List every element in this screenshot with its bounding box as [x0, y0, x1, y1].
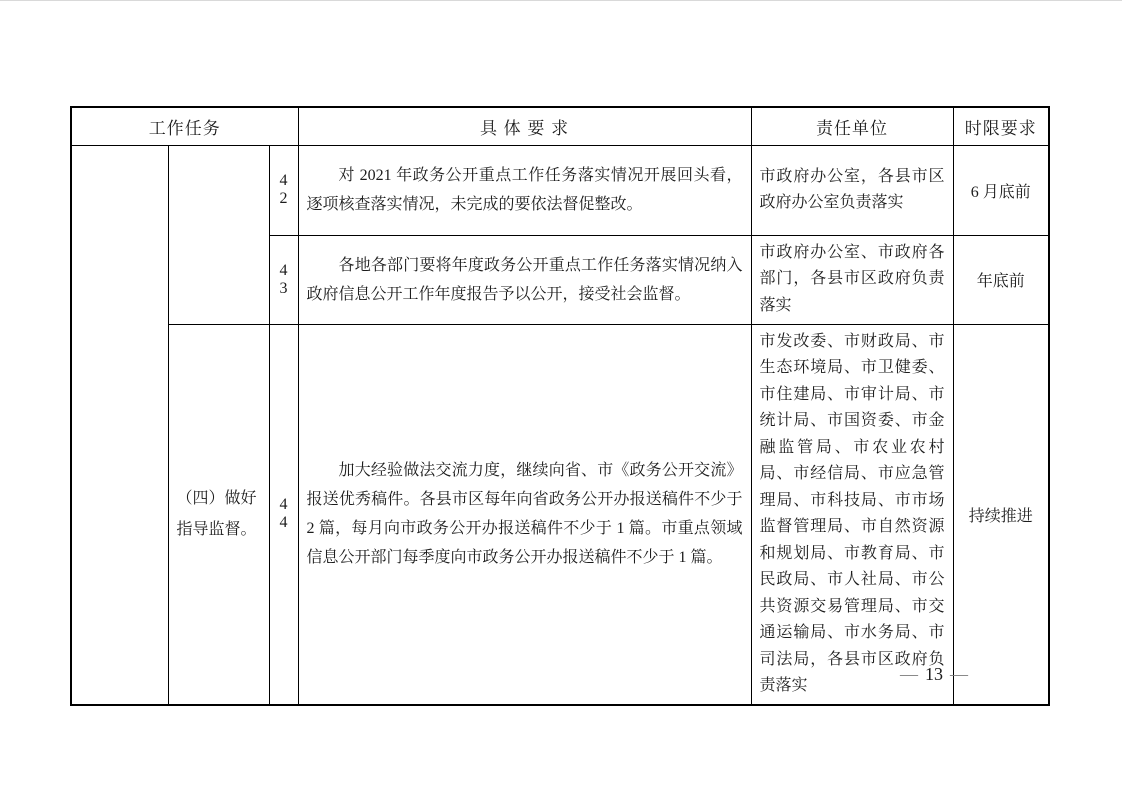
requirement-text: 各地各部门要将年度政务公开重点工作任务落实情况纳入政府信息公开工作年度报告予以公…: [298, 235, 751, 324]
page-number-right-dash: —: [943, 664, 975, 684]
deadline-text: 持续推进: [953, 324, 1049, 705]
deadline-text: 年底前: [953, 235, 1049, 324]
table-row-44: （四）做好指导监督。 44 加大经验做法交流力度，继续向省、市《政务公开交流》报…: [71, 324, 1049, 705]
page-number: —13—: [893, 664, 975, 685]
responsible-unit-text: 市发改委、市财政局、市生态环境局、市卫健委、市住建局、市审计局、市统计局、市国资…: [751, 324, 953, 705]
table-header-row: 工作任务 具 体 要 求 责任单位 时限要求: [71, 107, 1049, 145]
task-group-cell: （四）做好指导监督。: [168, 324, 269, 705]
task-number: 44: [269, 324, 298, 705]
header-requirements: 具 体 要 求: [298, 107, 751, 145]
page-number-left-dash: —: [893, 664, 925, 684]
header-responsible-unit: 责任单位: [751, 107, 953, 145]
requirement-text: 对 2021 年政务公开重点工作任务落实情况开展回头看，逐项核查落实情况，未完成…: [298, 145, 751, 235]
header-deadline: 时限要求: [953, 107, 1049, 145]
document-page: 工作任务 具 体 要 求 责任单位 时限要求 42 对 2021 年政务公开重点…: [0, 0, 1122, 793]
task-group-cell-empty: [168, 145, 269, 324]
task-table: 工作任务 具 体 要 求 责任单位 时限要求 42 对 2021 年政务公开重点…: [70, 106, 1050, 706]
requirement-text: 加大经验做法交流力度，继续向省、市《政务公开交流》报送优秀稿件。各县市区每年向省…: [298, 324, 751, 705]
header-work-task: 工作任务: [71, 107, 298, 145]
task-number: 42: [269, 145, 298, 235]
deadline-text: 6 月底前: [953, 145, 1049, 235]
task-category-cell: [71, 145, 168, 705]
table-row-42: 42 对 2021 年政务公开重点工作任务落实情况开展回头看，逐项核查落实情况，…: [71, 145, 1049, 235]
responsible-unit-text: 市政府办公室，各县市区政府办公室负责落实: [751, 145, 953, 235]
responsible-unit-text: 市政府办公室、市政府各部门，各县市区政府负责落实: [751, 235, 953, 324]
task-number: 43: [269, 235, 298, 324]
page-number-value: 13: [925, 664, 943, 684]
